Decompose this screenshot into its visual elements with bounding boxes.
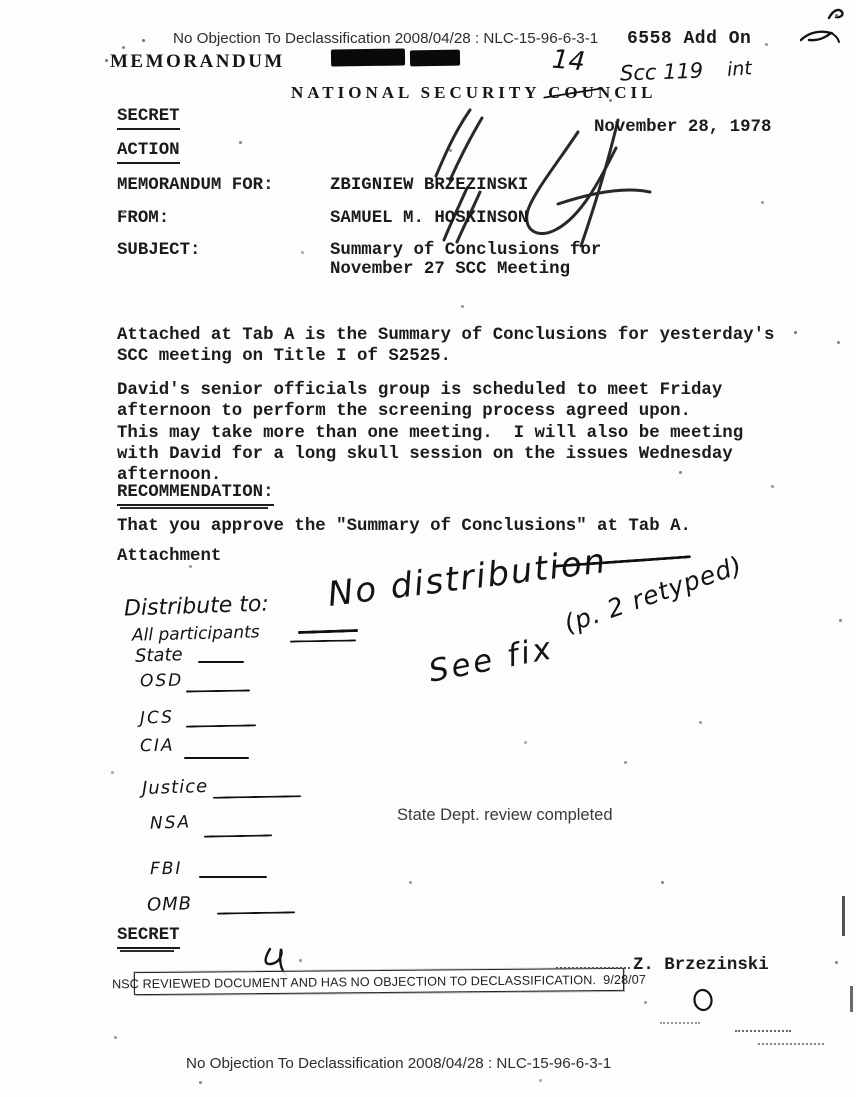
- blank-line: [186, 689, 250, 692]
- blank-line: [186, 724, 256, 727]
- approver-name: Z. Brzezinski: [633, 955, 769, 976]
- document-number: 6558 Add On: [627, 29, 751, 50]
- circle-mark: [690, 986, 716, 1014]
- scan-edge-artifact: [842, 896, 845, 936]
- distribution-item-state: State: [135, 644, 183, 667]
- memo-for-label: MEMORANDUM FOR:: [117, 175, 274, 196]
- body-paragraph-2-line-2: afternoon to perform the screening proce…: [117, 401, 743, 422]
- scan-noise: [735, 1030, 791, 1032]
- distribute-heading: Distribute to:: [124, 591, 270, 621]
- subject-label: SUBJECT:: [117, 240, 201, 261]
- org-title: NATIONAL SECURITY COUNCIL: [291, 83, 656, 103]
- distribution-item-justice: Justice: [142, 776, 209, 799]
- scan-edge-artifact: [850, 986, 853, 1012]
- classification-bottom: SECRET: [117, 925, 180, 949]
- scan-noise: [660, 1022, 700, 1024]
- state-review-stamp: State Dept. review completed: [397, 806, 613, 825]
- distribution-item-fbi: FBI: [150, 859, 183, 880]
- handwritten-page-number: 14: [551, 45, 587, 78]
- scanned-memo-page: No Objection To Declassification 2008/04…: [0, 0, 856, 1097]
- subject-line2: November 27 SCC Meeting: [330, 259, 570, 280]
- blank-line: [199, 876, 267, 878]
- redaction-stamp-block-2: [410, 50, 460, 67]
- body-paragraph-2-line-3: This may take more than one meeting. I w…: [117, 423, 743, 444]
- distribution-item-nsa: NSA: [150, 812, 192, 833]
- blank-line: [198, 661, 244, 663]
- action-label: ACTION: [117, 140, 180, 164]
- scan-noise: [758, 1043, 824, 1045]
- handwritten-int-note: int: [726, 57, 752, 81]
- blank-line: [290, 639, 356, 642]
- memorandum-label: MEMORANDUM: [110, 51, 285, 73]
- distribution-item-osd: OSD: [140, 671, 184, 692]
- blank-line: [184, 757, 249, 759]
- declassification-stamp-bottom: No Objection To Declassification 2008/04…: [186, 1055, 611, 1072]
- blank-line: [204, 834, 272, 837]
- signature-flourish: [420, 106, 670, 261]
- distribution-item-jcs: JCS: [140, 707, 175, 728]
- recommendation-heading: RECOMMENDATION:: [117, 482, 274, 506]
- attachment-label: Attachment: [117, 546, 221, 567]
- classification-top: SECRET: [117, 106, 180, 130]
- nsc-review-stamp: NSC REVIEWED DOCUMENT AND HAS NO OBJECTI…: [134, 968, 624, 995]
- body-paragraph-2-line-4: with David for a long skull session on t…: [117, 444, 743, 465]
- handwritten-dash-line: [298, 629, 358, 634]
- handwritten-see-fix: See fix: [426, 630, 557, 689]
- body-paragraph-2-line-1: David's senior officials group is schedu…: [117, 380, 743, 401]
- handwritten-no-distribution: No distribution: [326, 541, 610, 615]
- body-paragraph-1-line-1: Attached at Tab A is the Summary of Conc…: [117, 325, 774, 346]
- blank-line: [217, 911, 295, 914]
- declassification-stamp-top: No Objection To Declassification 2008/04…: [173, 30, 598, 47]
- distribution-item-all-participants: All participants: [132, 622, 260, 645]
- corner-scribble: [795, 4, 847, 52]
- dotted-leader: [556, 967, 630, 969]
- handwritten-scc-note: Scc 119: [620, 59, 704, 86]
- nsc-review-stamp-text: NSC REVIEWED DOCUMENT AND HAS NO OBJECTI…: [112, 972, 646, 991]
- scan-speckles: [0, 0, 1, 1]
- distribution-item-omb: OMB: [147, 893, 193, 916]
- distribution-item-cia: CIA: [140, 736, 175, 757]
- from-label: FROM:: [117, 208, 169, 229]
- blank-line: [213, 795, 301, 799]
- recommendation-text: That you approve the "Summary of Conclus…: [117, 516, 691, 537]
- redaction-stamp-block-1: [331, 48, 405, 66]
- body-paragraph-1-line-2: SCC meeting on Title I of S2525.: [117, 346, 774, 367]
